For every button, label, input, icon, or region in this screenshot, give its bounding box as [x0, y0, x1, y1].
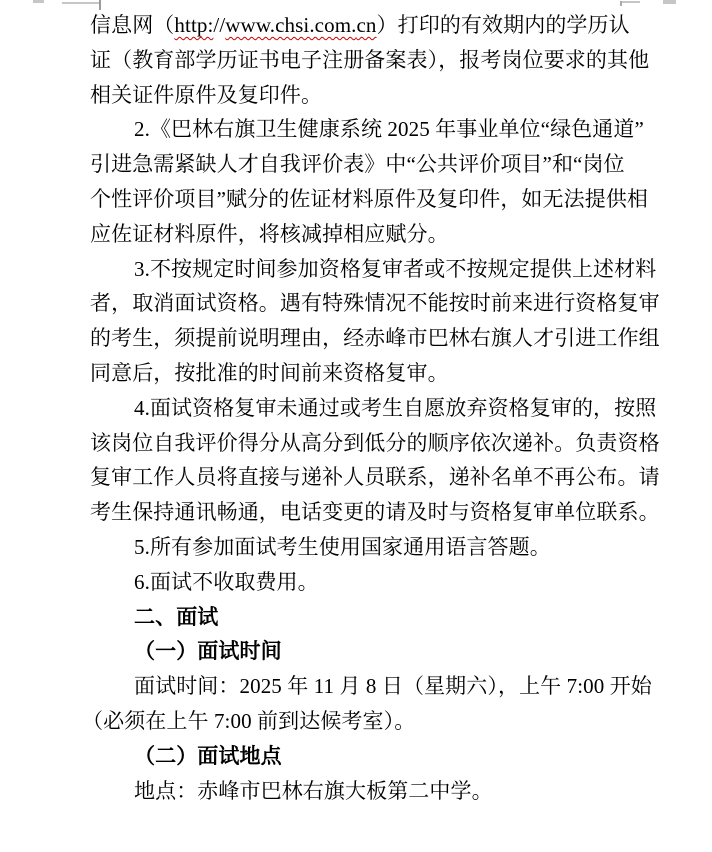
url-text: cn: [356, 13, 376, 37]
line1-prefix: 信息网（: [90, 13, 174, 37]
document-line: 复审工作人员将直接与递补人员联系，递补名单不再公布。请: [90, 460, 650, 495]
margin-mark-icon: [663, 0, 676, 4]
url-text: //: [213, 13, 225, 37]
document-line: 面试时间：2025 年 11 月 8 日（星期六），上午 7:00 开始: [90, 669, 650, 704]
line1-suffix: ）打印的有效期内的学历认: [377, 13, 630, 37]
subsection-heading: （一）面试时间: [90, 634, 650, 669]
margin-mark-icon: [620, 1, 622, 6]
document-line: 应佐证材料原件，将核减掉相应赋分。: [90, 217, 650, 252]
margin-mark-icon: [62, 2, 101, 4]
margin-mark-icon: [620, 1, 640, 3]
url-text: chsi.com.: [275, 13, 356, 37]
document-line: （必须在上午 7:00 前到达候考室）。: [82, 704, 650, 739]
document-line: 考生保持通讯畅通，电话变更的请及时与资格复审单位联系。: [90, 495, 650, 530]
document-line: 信息网（http://www.chsi.com.cn）打印的有效期内的学历认: [90, 8, 650, 43]
document-line: 5.所有参加面试考生使用国家通用语言答题。: [90, 530, 650, 565]
document-line: 4.面试资格复审未通过或考生自愿放弃资格复审的，按照: [90, 391, 650, 426]
document-line: 引进急需紧缺人才自我评价表》中“公共评价项目”和“岗位: [90, 147, 650, 182]
document-line: 同意后，按批准的时间前来资格复审。: [90, 356, 650, 391]
document-line: 3.不按规定时间参加资格复审者或不按规定提供上述材料: [90, 252, 650, 287]
section-heading: 二、面试: [90, 600, 650, 635]
document-page: 信息网（http://www.chsi.com.cn）打印的有效期内的学历认 证…: [0, 0, 712, 852]
document-line: 的考生，须提前说明理由，经赤峰市巴林右旗人才引进工作组: [90, 321, 650, 356]
document-line: 6.面试不收取费用。: [90, 565, 650, 600]
document-line: 个性评价项目”赋分的佐证材料原件及复印件，如无法提供相: [90, 182, 650, 217]
document-line: 地点：赤峰市巴林右旗大板第二中学。: [90, 774, 650, 809]
subsection-heading: （二）面试地点: [90, 739, 650, 774]
url-text: www.: [225, 13, 275, 37]
document-line: 证（教育部学历证书电子注册备案表），报考岗位要求的其他: [90, 43, 650, 78]
document-line: 2.《巴林右旗卫生健康系统 2025 年事业单位“绿色通道”: [90, 112, 650, 147]
document-line: 相关证件原件及复印件。: [90, 78, 650, 113]
url-text: http:: [174, 13, 213, 37]
margin-mark-icon: [33, 0, 44, 3]
document-line: 者，取消面试资格。遇有特殊情况不能按时前来进行资格复审: [90, 286, 650, 321]
document-body: 信息网（http://www.chsi.com.cn）打印的有效期内的学历认 证…: [90, 8, 650, 808]
document-line: 该岗位自我评价得分从高分到低分的顺序依次递补。负责资格: [90, 426, 650, 461]
